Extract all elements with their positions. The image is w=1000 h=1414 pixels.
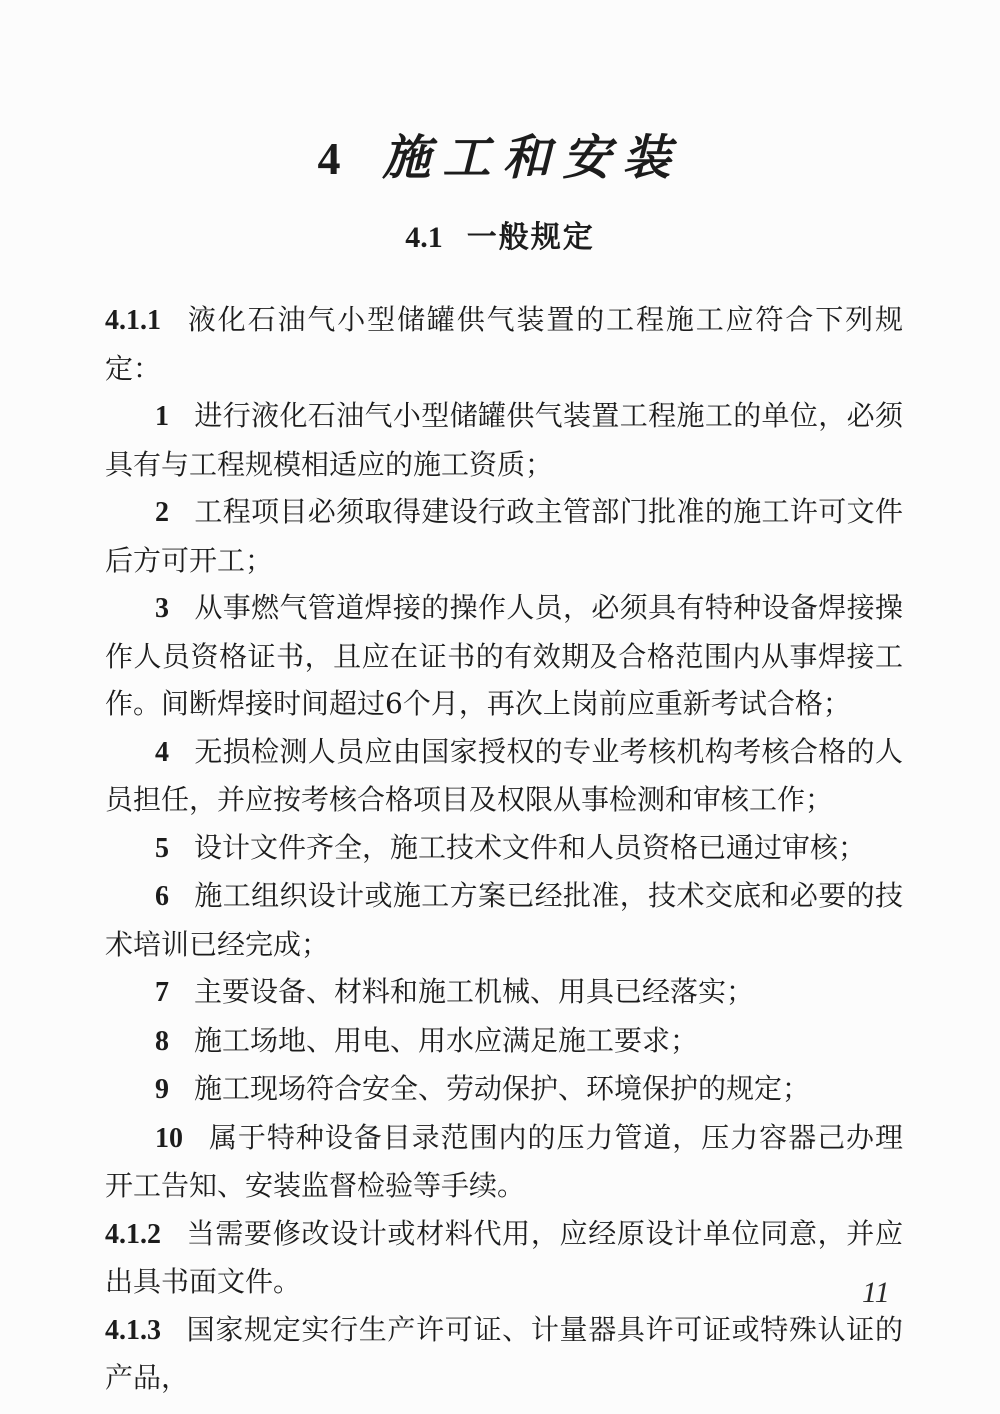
item-number: 9 [155, 1074, 194, 1105]
list-item-1: 1进行液化石油气小型储罐供气装置工程施工的单位，必须具有与工程规模相适应的施工资… [105, 392, 903, 488]
page-number: 11 [862, 1276, 890, 1310]
section-title: 4.1一般规定 [0, 217, 1000, 260]
item-text: 设计文件齐全，施工技术文件和人员资格已通过审核； [194, 831, 866, 864]
item-number: 2 [155, 497, 194, 528]
clause-text: 国家规定实行生产许可证、计量器具许可证或特殊认证的产品， [105, 1313, 903, 1395]
clause-number: 4.1.3 [105, 1315, 186, 1346]
item-text: 施工组织设计或施工方案已经批准，技术交底和必要的技术培训已经完成； [105, 879, 903, 961]
section-number: 4.1 [405, 221, 443, 254]
list-item-5: 5设计文件齐全，施工技术文件和人员资格已通过审核； [105, 824, 903, 873]
item-text: 进行液化石油气小型储罐供气装置工程施工的单位，必须具有与工程规模相适应的施工资质… [105, 399, 903, 481]
chapter-number: 4 [317, 133, 340, 184]
list-item-10: 10属于特种设备目录范围内的压力管道，压力容器己办理开工告知、安装监督检验等手续… [105, 1114, 903, 1210]
list-item-3: 3从事燃气管道焊接的操作人员，必须具有特种设备焊接操作人员资格证书，且应在证书的… [105, 584, 903, 728]
item-number: 3 [155, 593, 194, 624]
clause-4-1-3: 4.1.3国家规定实行生产许可证、计量器具许可证或特殊认证的产品， [105, 1306, 903, 1402]
item-text: 施工场地、用电、用水应满足施工要求； [194, 1024, 698, 1057]
list-item-7: 7主要设备、材料和施工机械、用具已经落实； [105, 968, 903, 1017]
item-number: 7 [155, 977, 194, 1008]
item-number: 10 [155, 1123, 208, 1154]
list-item-6: 6施工组织设计或施工方案已经批准，技术交底和必要的技术培训已经完成； [105, 872, 903, 968]
item-text: 从事燃气管道焊接的操作人员，必须具有特种设备焊接操作人员资格证书，且应在证书的有… [105, 591, 903, 720]
chapter-name: 施工和安装 [382, 130, 682, 186]
item-text: 无损检测人员应由国家授权的专业考核机构考核合格的人员担任，并应按考核合格项目及权… [105, 735, 903, 817]
item-number: 8 [155, 1026, 194, 1057]
item-number: 6 [155, 881, 194, 912]
item-number: 4 [155, 737, 194, 768]
list-item-9: 9施工现场符合安全、劳动保护、环境保护的规定； [105, 1065, 903, 1114]
clause-4-1-2: 4.1.2当需要修改设计或材料代用，应经原设计单位同意，并应出具书面文件。 [105, 1210, 903, 1306]
chapter-title: 4施工和安装 [0, 0, 1000, 191]
list-item-4: 4无损检测人员应由国家授权的专业考核机构考核合格的人员担任，并应按考核合格项目及… [105, 728, 903, 824]
clause-number: 4.1.2 [105, 1219, 186, 1250]
item-text: 工程项目必须取得建设行政主管部门批准的施工许可文件后方可开工； [105, 495, 903, 577]
body-text: 4.1.1液化石油气小型储罐供气装置的工程施工应符合下列规定： 1进行液化石油气… [105, 296, 903, 1402]
clause-text: 液化石油气小型储罐供气装置的工程施工应符合下列规定： [105, 303, 903, 385]
clause-number: 4.1.1 [105, 305, 186, 336]
item-text: 主要设备、材料和施工机械、用具已经落实； [194, 975, 754, 1008]
list-item-8: 8施工场地、用电、用水应满足施工要求； [105, 1017, 903, 1066]
item-text: 施工现场符合安全、劳动保护、环境保护的规定； [194, 1072, 810, 1105]
item-number: 1 [155, 401, 194, 432]
item-text: 属于特种设备目录范围内的压力管道，压力容器己办理开工告知、安装监督检验等手续。 [105, 1121, 903, 1203]
item-number: 5 [155, 833, 194, 864]
clause-text: 当需要修改设计或材料代用，应经原设计单位同意，并应出具书面文件。 [105, 1217, 903, 1299]
section-name: 一般规定 [467, 221, 595, 254]
document-page: 4施工和安装 4.1一般规定 4.1.1液化石油气小型储罐供气装置的工程施工应符… [0, 0, 1000, 1414]
list-item-2: 2工程项目必须取得建设行政主管部门批准的施工许可文件后方可开工； [105, 488, 903, 584]
clause-4-1-1: 4.1.1液化石油气小型储罐供气装置的工程施工应符合下列规定： [105, 296, 903, 392]
